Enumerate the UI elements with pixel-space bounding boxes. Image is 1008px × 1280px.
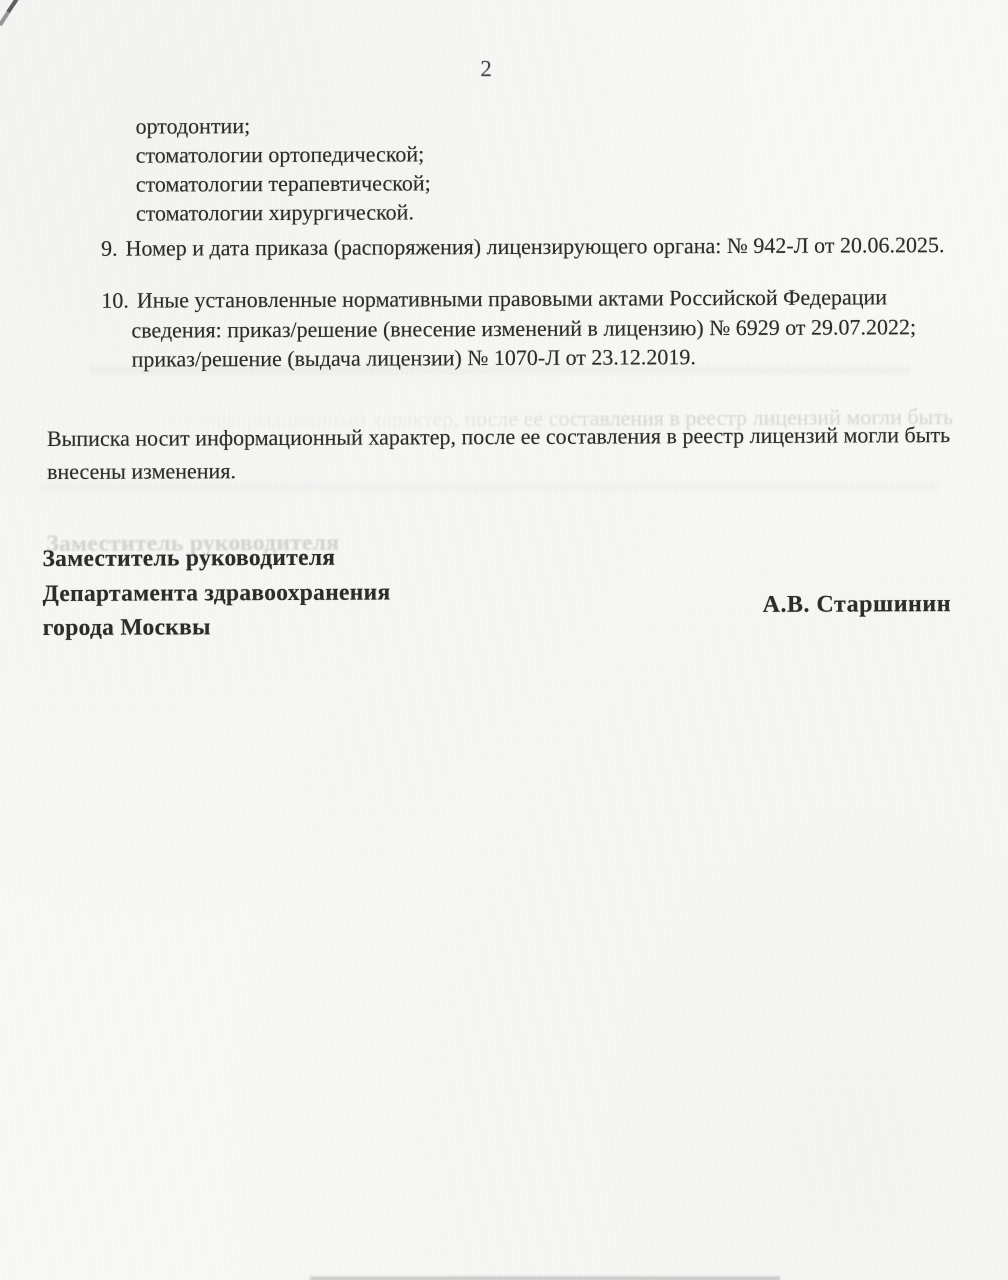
signature-position-line: Департамента здравоохранения xyxy=(43,575,391,611)
scanned-document-page: 2 ортодонтии; стоматологии ортопедическо… xyxy=(0,0,1008,1280)
clause-9-text: Номер и дата приказа (распоряжения) лице… xyxy=(126,232,945,261)
note-line: Выписка носит информационный характер, п… xyxy=(47,418,950,455)
clause-10: 10.Иные установленные нормативными право… xyxy=(101,282,916,374)
signature-position-line: Заместитель руководителя xyxy=(42,541,390,577)
signature-position-line: города Москвы xyxy=(43,610,391,646)
clause-10-line: сведения: приказ/решение (внесение измен… xyxy=(131,312,916,344)
clause-10-line: 10.Иные установленные нормативными право… xyxy=(101,282,916,316)
info-note: Выписка носит информационный характер, п… xyxy=(47,418,951,488)
clause-9-number: 9. xyxy=(101,236,118,261)
specialties-list: ортодонтии; стоматологии ортопедической;… xyxy=(135,110,430,227)
signature-position-block: Заместитель руководителя Департамента зд… xyxy=(42,541,390,646)
specialty-item: ортодонтии; xyxy=(135,110,430,140)
clause-9: 9.Номер и дата приказа (распоряжения) ли… xyxy=(101,230,944,263)
specialty-item: стоматологии хирургической. xyxy=(136,197,431,227)
document-content: 2 ортодонтии; стоматологии ортопедическо… xyxy=(0,0,1008,1280)
scan-bottom-edge-shadow xyxy=(310,1275,780,1280)
specialty-item: стоматологии ортопедической; xyxy=(136,139,431,169)
scan-streak xyxy=(40,483,940,491)
clause-10-number: 10. xyxy=(101,288,129,313)
clause-10-text: Иные установленные нормативными правовым… xyxy=(137,284,887,312)
signatory-name: А.В. Старшинин xyxy=(763,591,951,619)
specialty-item: стоматологии терапевтической; xyxy=(136,168,431,198)
page-number: 2 xyxy=(480,56,492,82)
scan-streak xyxy=(90,366,910,375)
